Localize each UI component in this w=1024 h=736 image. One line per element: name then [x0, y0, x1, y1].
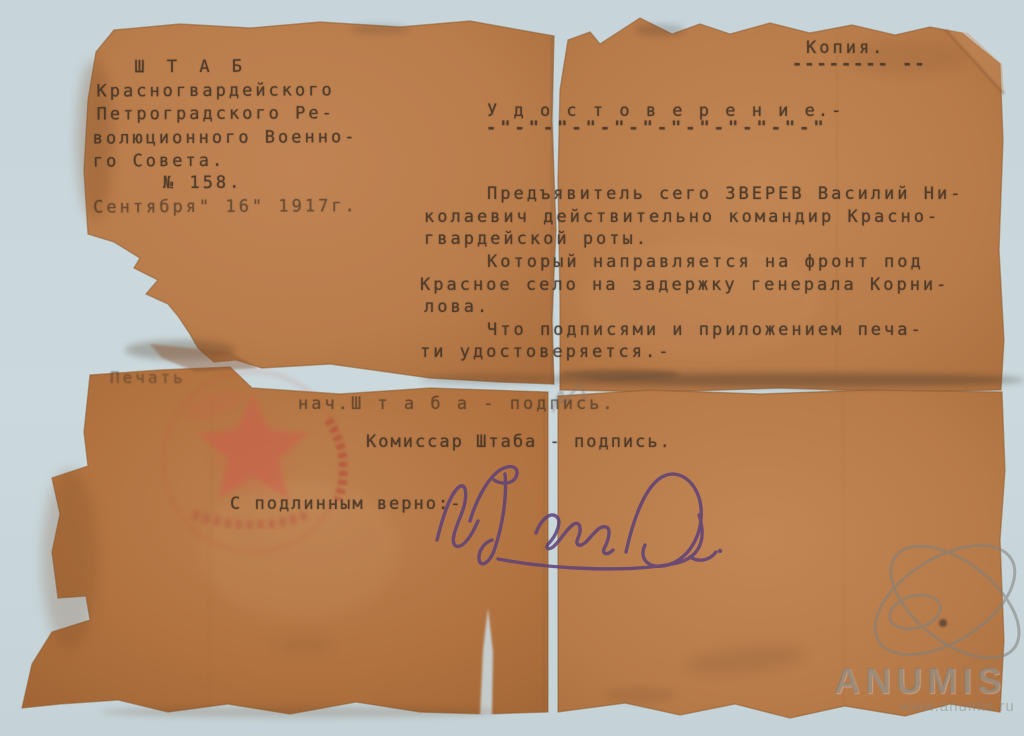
body-line: лова.: [424, 297, 490, 317]
watermark-url: www.anumis.ru: [900, 698, 1015, 715]
body-line: Предъявитель сего ЗВЕРЕВ Василий Ни-: [487, 184, 963, 204]
watermark-brand: ANUMIS: [834, 660, 1006, 702]
copy-underline: -------- --: [792, 54, 927, 74]
signature-line-chief: нач.Ш т а б а - подпись.: [298, 394, 616, 414]
letterhead-line: Петроградского Ре-: [97, 103, 335, 124]
body-line: Который направляется на фронт под: [487, 252, 924, 272]
body-line: колаевич действительно командир Красно-: [424, 207, 940, 227]
body-line: Красное село на задержку генерала Корни-: [420, 275, 949, 295]
body-line: ти удостоверяется.-: [420, 342, 671, 362]
certify-line: С подлинным верно:-: [230, 494, 462, 514]
document-date: Сентября" 16" 1917г.: [93, 196, 358, 217]
letterhead-line: Ш Т А Б: [134, 57, 248, 78]
title-underline: -"-"-"-"-"-"-"-"-"-"-"-": [486, 118, 828, 138]
document-number: № 158.: [163, 173, 243, 193]
scanned-document-page: Ш Т А Б Красногвардейского Петроградског…: [0, 0, 1024, 736]
letterhead-line: волюционного Военно-: [93, 127, 358, 148]
letterhead-line: го Совета.: [93, 151, 225, 172]
letterhead-line: Красногвардейского: [96, 80, 334, 101]
body-line: Что подписями и приложением печа-: [487, 320, 924, 340]
body-line: гвардейской роты.: [424, 229, 649, 249]
signature-line-commissar: Комиссар Штаба - подпись.: [366, 432, 672, 452]
seal-note: Печать: [110, 368, 186, 387]
